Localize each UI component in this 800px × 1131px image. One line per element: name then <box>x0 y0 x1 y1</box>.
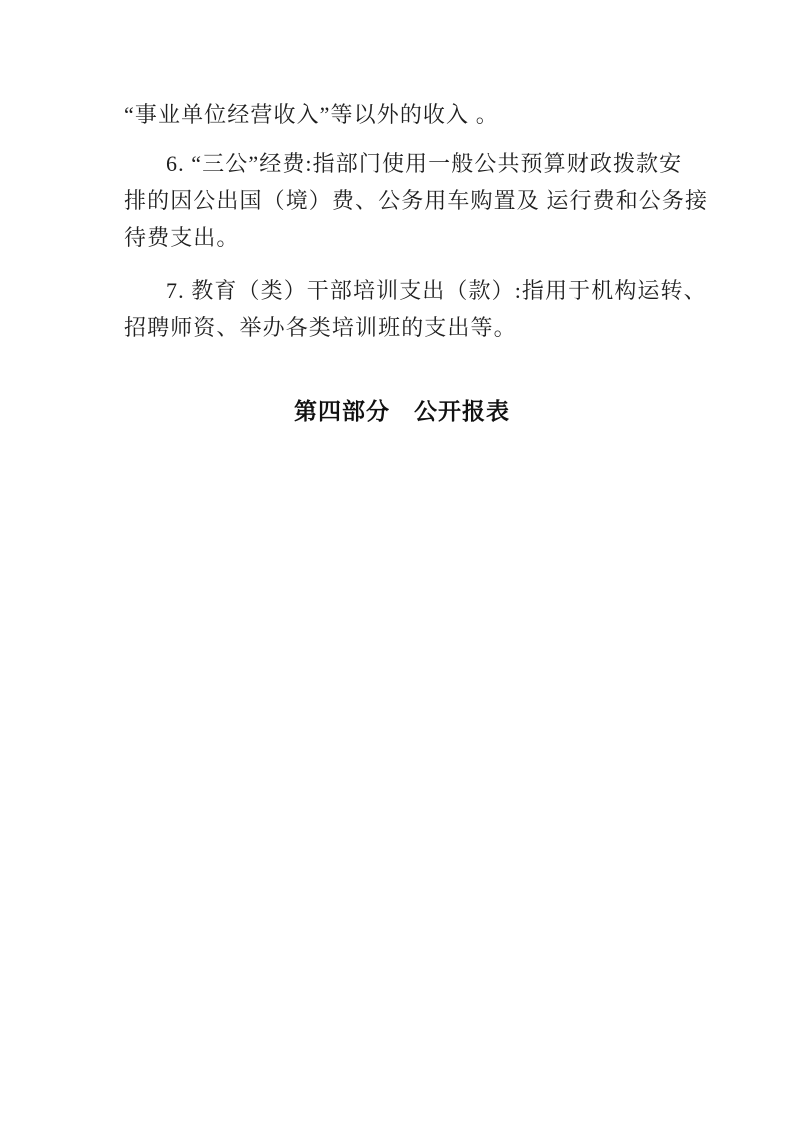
paragraph-item-6: 6. “三公”经费:指部门使用一般公共预算财政拨款安 排的因公出国（境）费、公务… <box>124 145 680 256</box>
body-line: 7. 教育（类）干部培训支出（款）:指用于机构运转、 <box>124 272 680 309</box>
body-line: 招聘师资、举办各类培训班的支出等。 <box>124 309 680 346</box>
body-line: 6. “三公”经费:指部门使用一般公共预算财政拨款安 <box>124 145 680 182</box>
section-heading: 第四部分 公开报表 <box>124 396 680 426</box>
body-line: 排的因公出国（境）费、公务用车购置及 运行费和公务接 <box>124 182 680 219</box>
paragraph-item-7: 7. 教育（类）干部培训支出（款）:指用于机构运转、 招聘师资、举办各类培训班的… <box>124 272 680 346</box>
paragraph-continuation: “事业单位经营收入”等以外的收入 。 <box>124 96 680 133</box>
body-line: 待费支出。 <box>124 219 680 256</box>
body-line: “事业单位经营收入”等以外的收入 。 <box>124 96 680 133</box>
page-content: “事业单位经营收入”等以外的收入 。 6. “三公”经费:指部门使用一般公共预算… <box>124 96 680 426</box>
document-page: “事业单位经营收入”等以外的收入 。 6. “三公”经费:指部门使用一般公共预算… <box>0 0 800 1131</box>
